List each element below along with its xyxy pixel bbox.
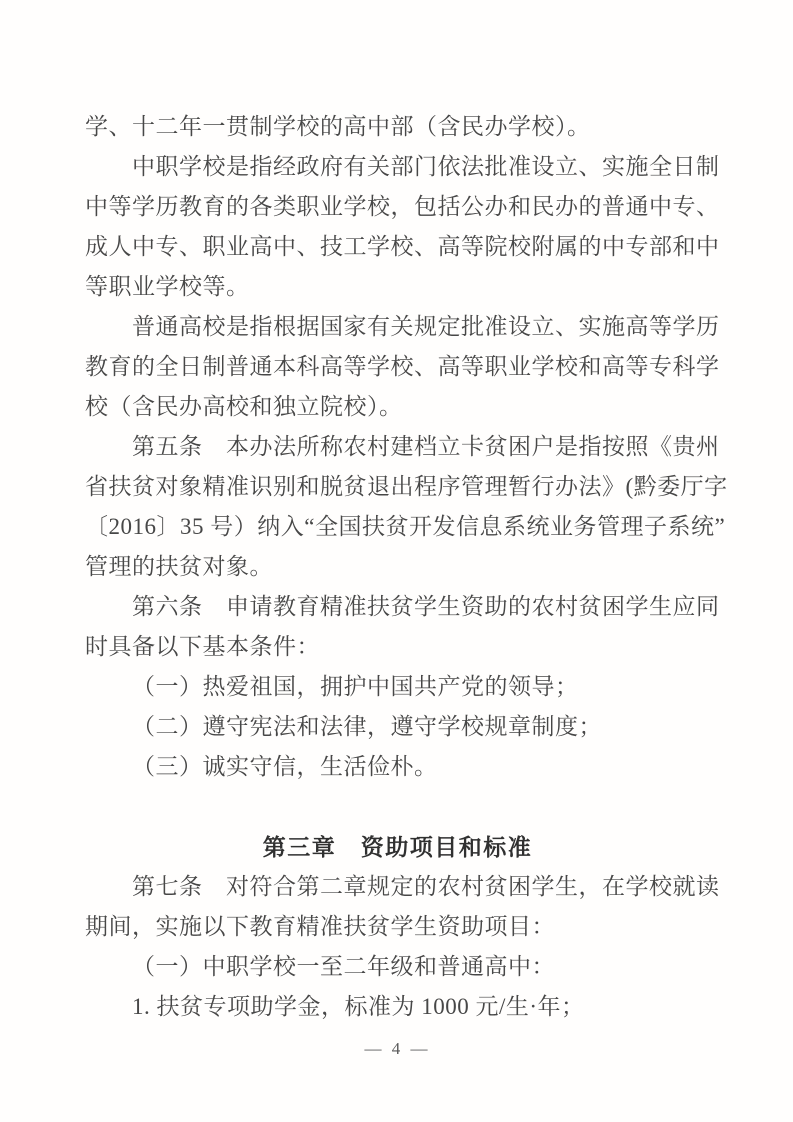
document-page: 学、十二年一贯制学校的高中部（含民办学校）。 中职学校是指经政府有关部门依法批准… [0, 0, 793, 1122]
text-line: 时具备以下基本条件： [85, 627, 710, 667]
text-line: 等职业学校等。 [85, 267, 710, 307]
section-gap [85, 787, 710, 827]
text-line: 中等学历教育的各类职业学校，包括公办和民办的普通中专、 [85, 187, 710, 227]
document-body: 学、十二年一贯制学校的高中部（含民办学校）。 中职学校是指经政府有关部门依法批准… [85, 107, 710, 1069]
text-line-article-6: 第六条 申请教育精准扶贫学生资助的农村贫困学生应同 [85, 587, 710, 627]
list-item: （三）诚实守信，生活俭朴。 [85, 747, 710, 787]
text-line: 中职学校是指经政府有关部门依法批准设立、实施全日制 [85, 147, 710, 187]
text-line: 普通高校是指根据国家有关规定批准设立、实施高等学历 [85, 307, 710, 347]
text-line-article-7: 第七条 对符合第二章规定的农村贫困学生，在学校就读 [85, 867, 710, 907]
page-number: — 4 — [85, 1029, 710, 1069]
text-line: 省扶贫对象精准识别和脱贫退出程序管理暂行办法》(黔委厅字 [85, 467, 710, 507]
text-line: 〔2016〕35 号）纳入“全国扶贫开发信息系统业务管理子系统” [85, 507, 710, 547]
list-item: （二）遵守宪法和法律，遵守学校规章制度； [85, 707, 710, 747]
text-line: 管理的扶贫对象。 [85, 547, 710, 587]
list-item: （一）中职学校一至二年级和普通高中： [85, 947, 710, 987]
text-line: 校（含民办高校和独立院校）。 [85, 387, 710, 427]
chapter-heading: 第三章 资助项目和标准 [85, 827, 710, 867]
text-line: 期间，实施以下教育精准扶贫学生资助项目： [85, 907, 710, 947]
text-line: 成人中专、职业高中、技工学校、高等院校附属的中专部和中 [85, 227, 710, 267]
text-line-article-5: 第五条 本办法所称农村建档立卡贫困户是指按照《贵州 [85, 427, 710, 467]
text-line: 教育的全日制普通本科高等学校、高等职业学校和高等专科学 [85, 347, 710, 387]
text-line: 学、十二年一贯制学校的高中部（含民办学校）。 [85, 107, 710, 147]
list-item: （一）热爱祖国，拥护中国共产党的领导； [85, 667, 710, 707]
list-item: 1. 扶贫专项助学金，标准为 1000 元/生·年； [85, 987, 710, 1027]
